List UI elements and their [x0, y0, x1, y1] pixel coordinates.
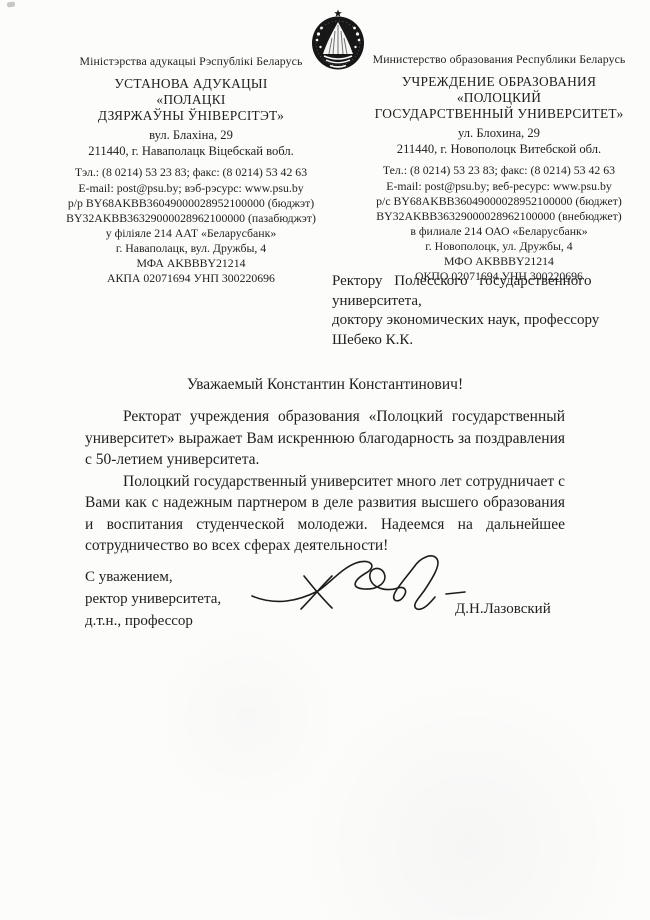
addressee-block: Ректору Полесского государственного унив… — [332, 272, 632, 350]
org-name-ru-line1: УЧРЕЖДЕНИЕ ОБРАЗОВАНИЯ — [350, 74, 648, 90]
ministry-line-by: Міністэрства адукацыі Рэспублікі Беларус… — [40, 54, 342, 68]
bank-city-by: г. Наваполацк, вул. Дружбы, 4 — [40, 241, 342, 256]
org-name-by-line1: УСТАНОВА АДУКАЦЫІ — [40, 76, 342, 92]
letterhead-right-column: Министерство образования Республики Бела… — [350, 52, 648, 284]
letter-body: Ректорат учреждения образования «Полоцки… — [85, 406, 565, 557]
salutation: Уважаемый Константин Константинович! — [85, 376, 565, 394]
mfo-code-ru: МФО AKBBBY21214 — [350, 254, 648, 269]
phone-line-by: Тэл.: (8 0214) 53 23 83; факс: (8 0214) … — [40, 165, 342, 180]
addressee-line: Шебеко К.К. — [332, 331, 632, 351]
org-name-by-line3: ДЗЯРЖАЎНЫ ЎНІВЕРСІТЭТ» — [40, 108, 342, 124]
ministry-line-ru: Министерство образования Республики Бела… — [350, 52, 648, 66]
signoff-block: С уважением, ректор университета, д.т.н.… — [85, 566, 221, 632]
email-line-by: E-mail: post@psu.by; вэб-рэсурс: www.psu… — [40, 181, 342, 196]
city-address-by: 211440, г. Наваполацк Віцебскай вобл. — [40, 143, 342, 159]
street-address-ru: ул. Блохина, 29 — [350, 125, 648, 141]
signoff-line: д.т.н., профессор — [85, 610, 221, 632]
body-paragraph: Ректорат учреждения образования «Полоцки… — [85, 406, 565, 471]
addressee-line: доктору экономических наук, профессору — [332, 311, 632, 331]
signer-name: Д.Н.Лазовский — [455, 601, 551, 618]
contacts-by: Тэл.: (8 0214) 53 23 83; факс: (8 0214) … — [40, 165, 342, 286]
handwritten-signature — [246, 546, 471, 631]
bank-branch-ru: в филиале 214 ОАО «Беларусбанк» — [350, 224, 648, 239]
account-line2-by: BY32AKBB36329000028962100000 (пазабюджэт… — [40, 211, 342, 226]
phone-line-ru: Тел.: (8 0214) 53 23 83; факс: (8 0214) … — [350, 163, 648, 178]
addressee-line: университета, — [332, 292, 632, 312]
scan-artifact — [7, 1, 16, 7]
org-name-ru-line3: ГОСУДАРСТВЕННЫЙ УНИВЕРСИТЕТ» — [350, 106, 648, 122]
mfa-code-by: МФА AKBBBY21214 — [40, 256, 342, 271]
bank-city-ru: г. Новополоцк, ул. Дружбы, 4 — [350, 239, 648, 254]
street-address-by: вул. Блахіна, 29 — [40, 127, 342, 143]
contacts-ru: Тел.: (8 0214) 53 23 83; факс: (8 0214) … — [350, 163, 648, 284]
account-line1-by: р/р BY68AKBB36049000028952100000 (бюджэт… — [40, 196, 342, 211]
bank-branch-by: у філіяле 214 ААТ «Беларусбанк» — [40, 226, 342, 241]
body-paragraph: Полоцкий государственный университет мно… — [85, 471, 565, 557]
org-name-ru-line2: «ПОЛОЦКИЙ — [350, 90, 648, 106]
letterhead-left-column: Міністэрства адукацыі Рэспублікі Беларус… — [40, 54, 342, 286]
registry-codes-by: АКПА 02071694 УНП 300220696 — [40, 271, 342, 286]
addressee-line: Ректору Полесского государственного — [332, 272, 632, 292]
signoff-line: ректор университета, — [85, 588, 221, 610]
account-line1-ru: р/с BY68AKBB36049000028952100000 (бюджет… — [350, 194, 648, 209]
scanned-letter-page: Міністэрства адукацыі Рэспублікі Беларус… — [0, 0, 650, 920]
account-line2-ru: BY32AKBB36329000028962100000 (внебюджет) — [350, 209, 648, 224]
city-address-ru: 211440, г. Новополоцк Витебской обл. — [350, 141, 648, 157]
org-name-by-line2: «ПОЛАЦКІ — [40, 92, 342, 108]
signoff-line: С уважением, — [85, 566, 221, 588]
email-line-ru: E-mail: post@psu.by; веб-ресурс: www.psu… — [350, 179, 648, 194]
